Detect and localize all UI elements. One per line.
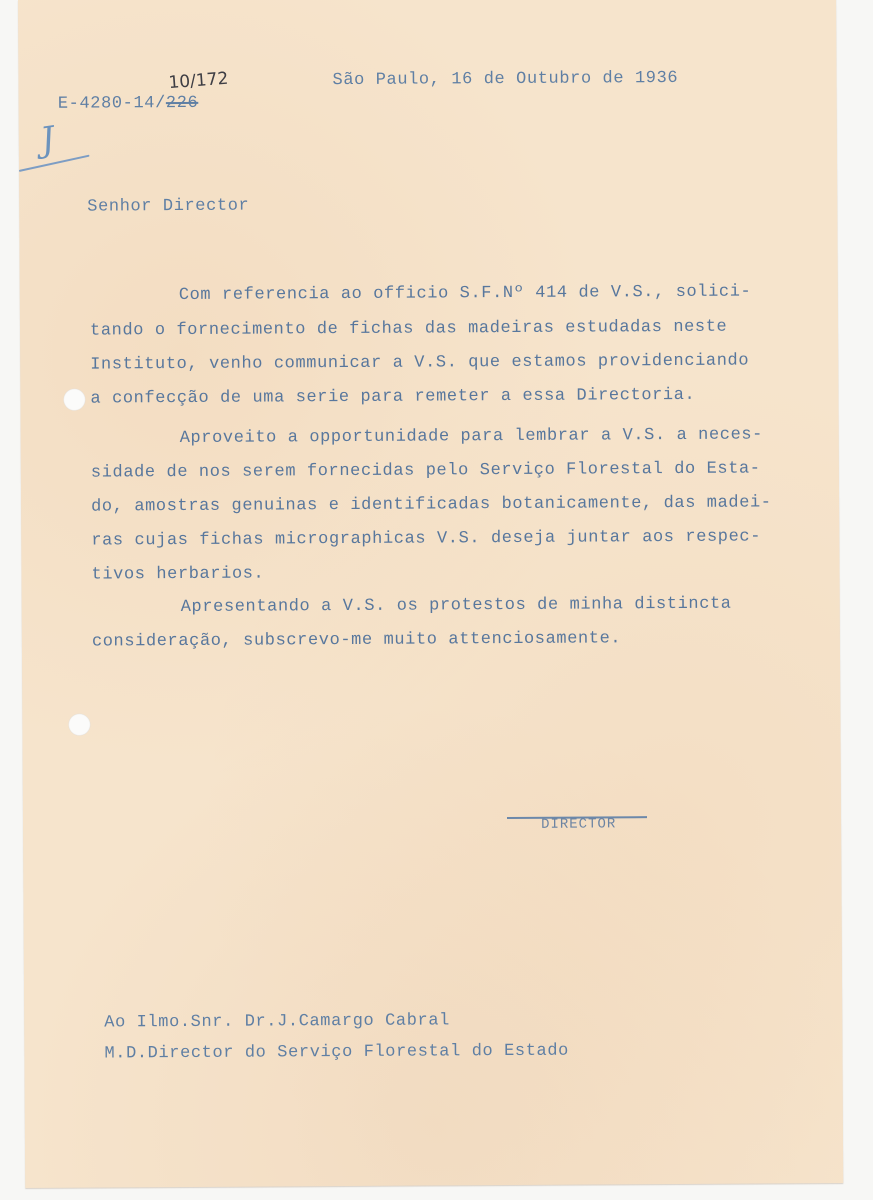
body-line-4: a confecção de uma serie para remeter a … [90,387,695,408]
place-date: São Paulo, 16 de Outubro de 1936 [332,70,678,89]
body-line-9: tivos herbarios. [91,566,264,584]
addressee-line-2: M.D.Director do Serviço Florestal do Est… [104,1043,569,1063]
body-line-11: consideração, subscrevo-me muito attenci… [92,630,621,650]
body-line-3: Instituto, venho communicar a V.S. que e… [90,353,749,374]
signature-title: DIRECTOR [541,816,616,832]
body-line-8: ras cujas fichas micrographicas V.S. des… [91,528,761,549]
body-line-1: Com referencia ao officio S.F.Nº 414 de … [179,284,752,304]
reference-struck-number: 226 [166,94,199,113]
body-line-6: sidade de nos serem fornecidas pelo Serv… [91,460,761,481]
punch-hole-bottom [68,714,90,736]
letter-page: E-4280-14/226 10/172 J São Paulo, 16 de … [18,0,843,1188]
body-line-2: tando o fornecimento de fichas das madei… [90,319,727,340]
body-line-10: Apresentando a V.S. os protestos de minh… [181,596,732,616]
handwritten-reference: 10/172 [168,69,229,93]
body-line-7: do, amostras genuinas e identificadas bo… [91,494,772,515]
salutation: Senhor Director [87,198,249,216]
addressee-line-1: Ao Ilmo.Snr. Dr.J.Camargo Cabral [104,1012,450,1031]
punch-hole-top [63,389,85,411]
body-line-5: Aproveito a opportunidade para lembrar a… [180,426,763,447]
reference-prefix: E-4280-14/ [58,94,166,114]
